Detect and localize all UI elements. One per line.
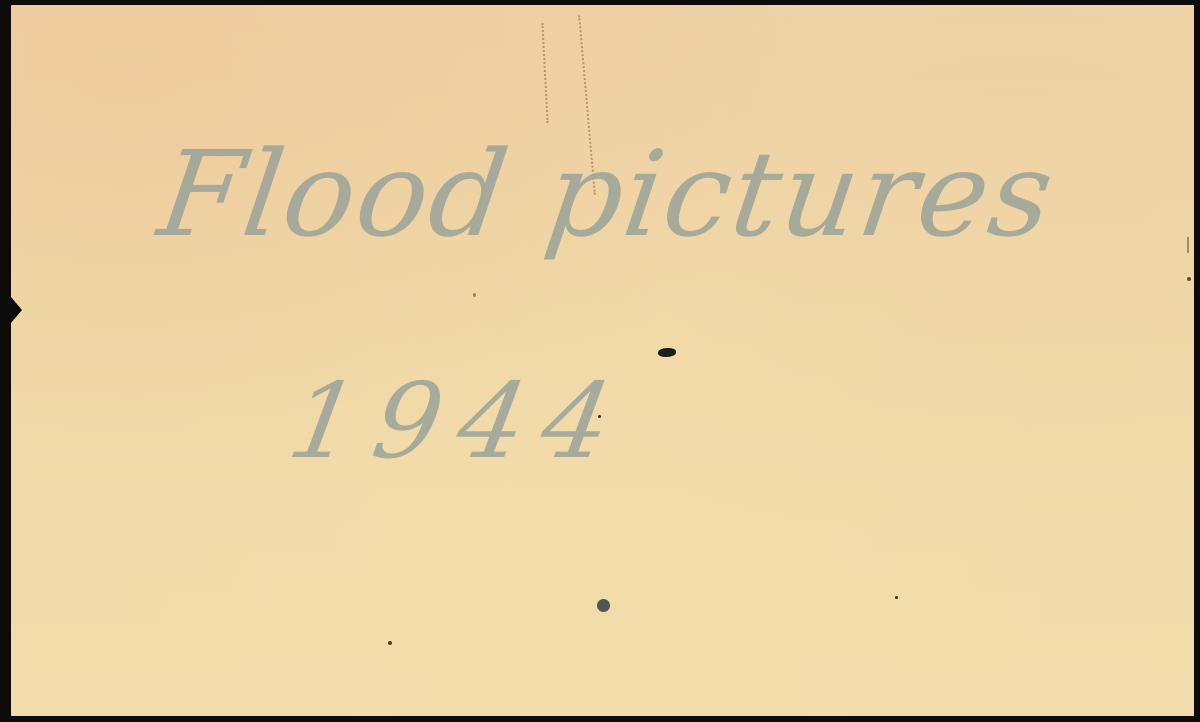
speck: [1187, 277, 1191, 281]
edge-mark: [1187, 237, 1189, 253]
speck: [473, 293, 476, 297]
ink-spot: [658, 348, 676, 357]
speck: [598, 415, 601, 418]
speck: [895, 596, 898, 599]
crease-mark: [541, 23, 548, 123]
speck: [388, 641, 392, 645]
paper-card: Flood pictures 1944: [11, 5, 1194, 716]
scan-background: Flood pictures 1944: [0, 0, 1200, 722]
handwritten-year: 1944: [280, 360, 638, 482]
ink-spot: [597, 599, 610, 612]
handwritten-title: Flood pictures: [151, 125, 1063, 263]
torn-notch: [0, 284, 22, 336]
